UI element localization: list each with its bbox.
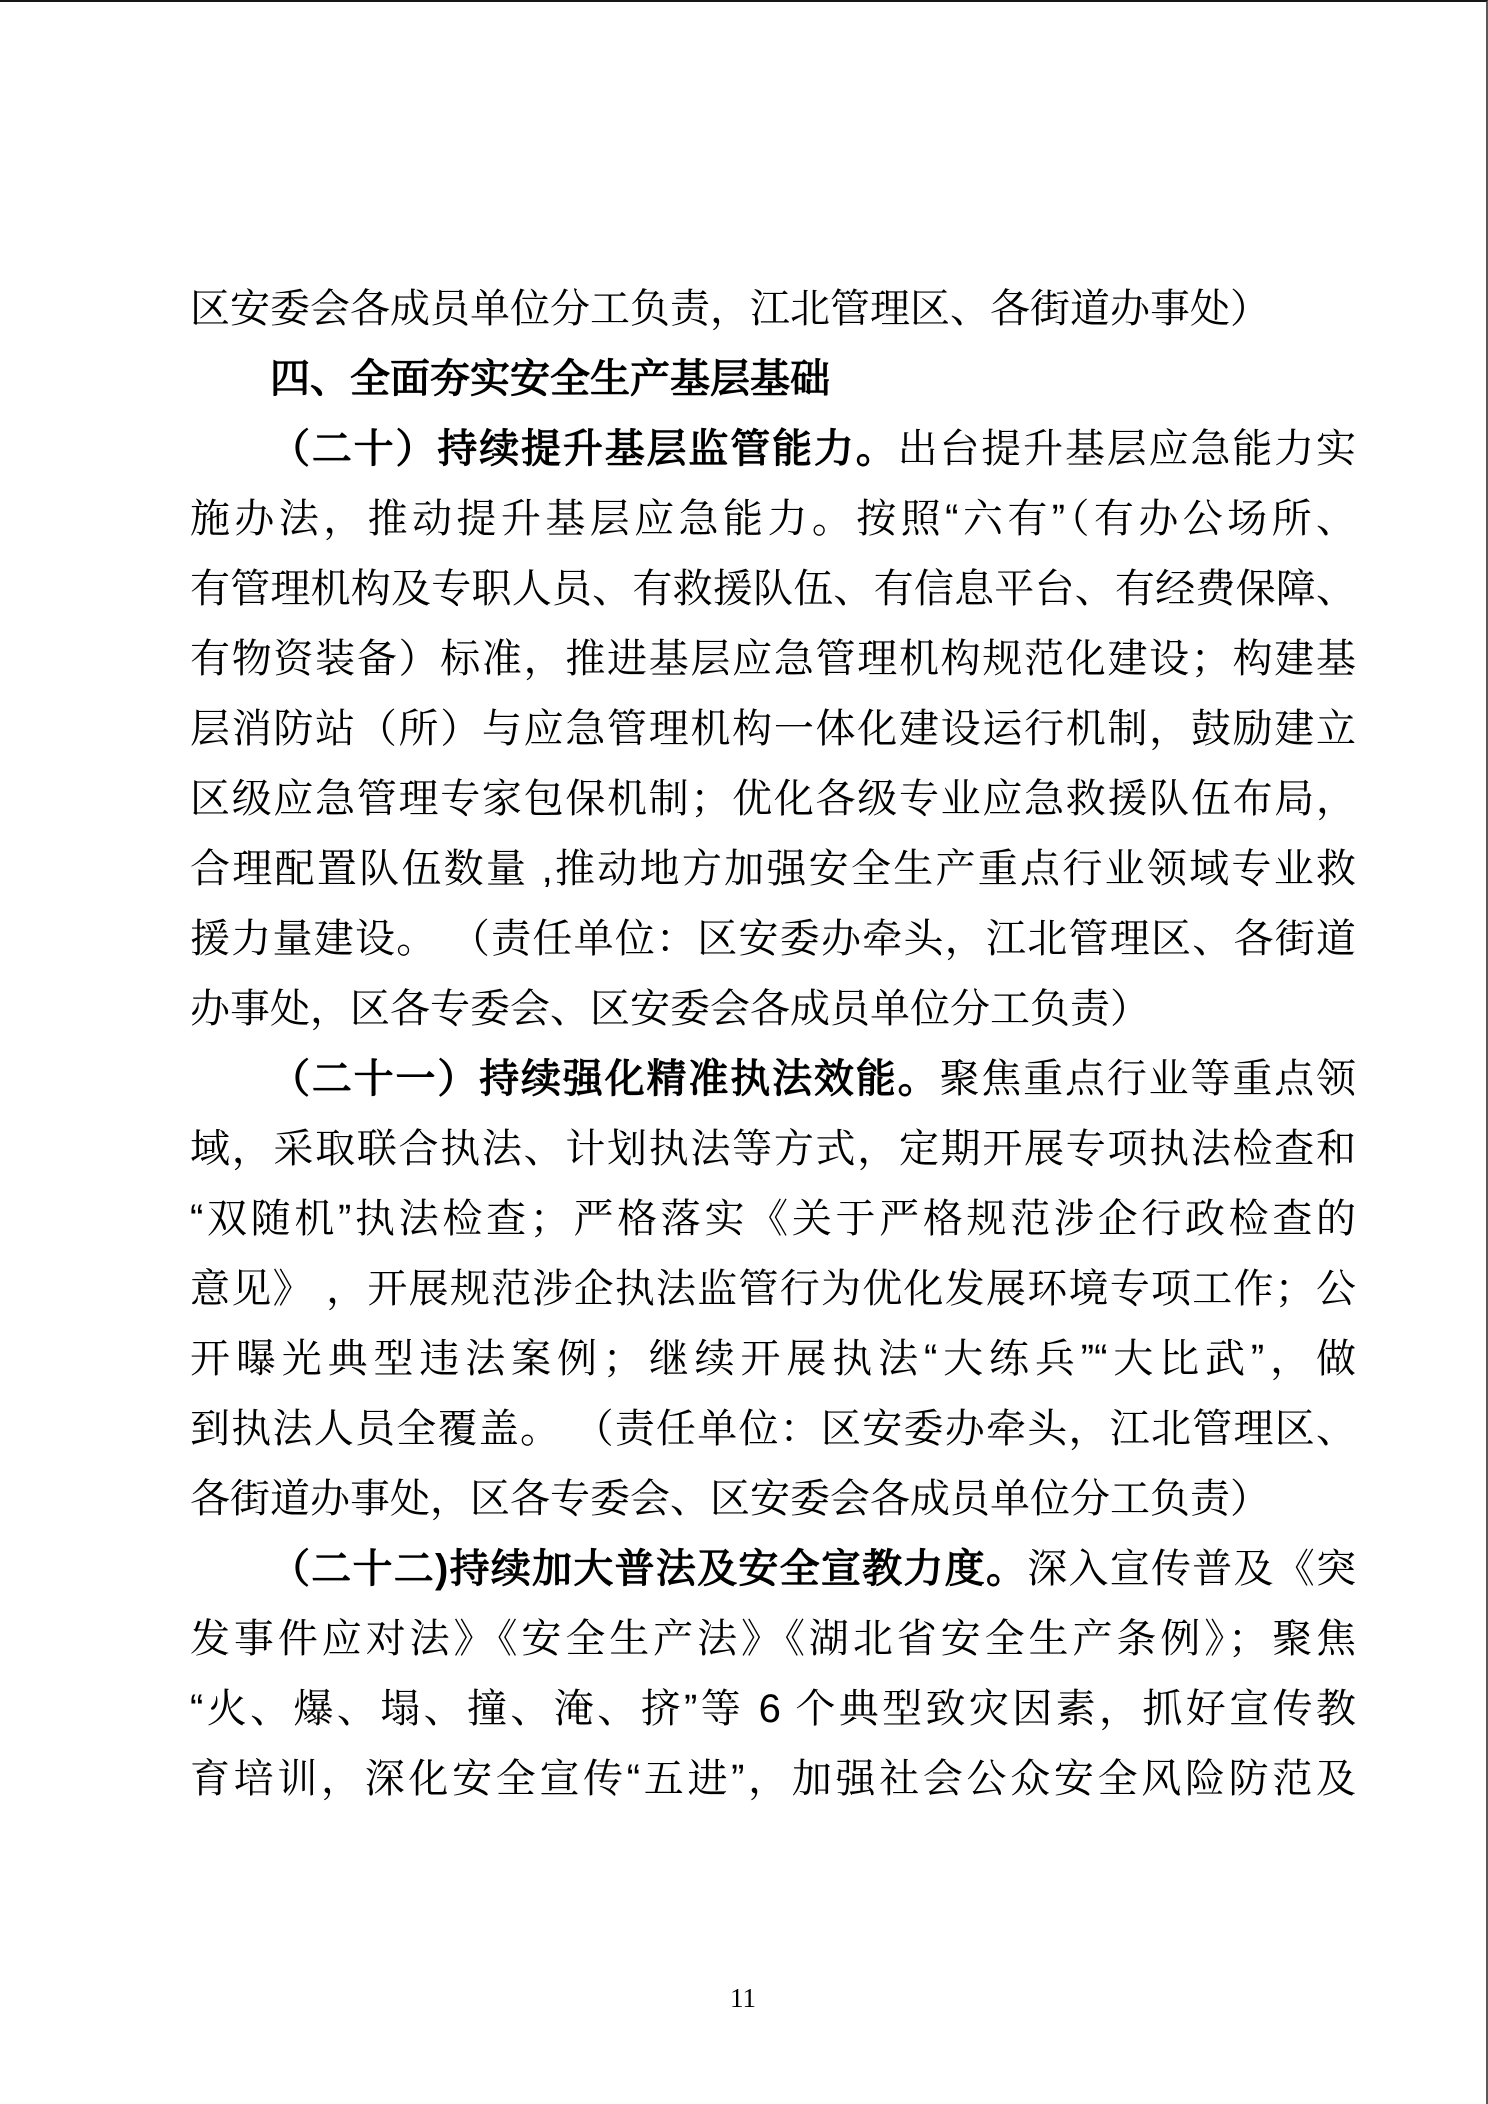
text-line: 开曝光典型违法案例；继续开展执法“大练兵”“大比武”，做: [190, 1324, 1356, 1394]
text-segment-bold: 四、全面夯实安全生产基层基础: [270, 357, 830, 401]
text-line: 各街道办事处，区各专委会、区安委会各成员单位分工负责）: [190, 1464, 1356, 1534]
text-line: 发事件应对法》《安全生产法》《湖北省安全生产条例》；聚焦: [190, 1604, 1356, 1674]
text-segment: 施办法，推动提升基层应急能力。按照“六有”（有办公场所、: [190, 497, 1356, 541]
text-segment: 区安委会各成员单位分工负责，江北管理区、各街道办事处）: [190, 287, 1270, 331]
text-line: 办事处，区各专委会、区安委会各成员单位分工负责）: [190, 974, 1356, 1044]
text-segment: 合理配置队伍数量 ,推动地方加强安全生产重点行业领域专业救: [190, 847, 1356, 891]
text-line: （二十二)持续加大普法及安全宣教力度。深入宣传普及《突: [190, 1534, 1356, 1604]
text-segment: 出台提升基层应急能力实: [898, 427, 1356, 471]
text-segment: 援力量建设。 （责任单位：区安委办牵头，江北管理区、各街道: [190, 917, 1356, 961]
text-segment: 深入宣传普及《突: [1027, 1547, 1356, 1591]
text-segment-bold: （二十二)持续加大普法及安全宣教力度。: [270, 1547, 1027, 1591]
text-line: 合理配置队伍数量 ,推动地方加强安全生产重点行业领域专业救: [190, 834, 1356, 904]
text-line: 区安委会各成员单位分工负责，江北管理区、各街道办事处）: [190, 274, 1356, 344]
document-body: 区安委会各成员单位分工负责，江北管理区、各街道办事处）四、全面夯实安全生产基层基…: [190, 274, 1356, 1814]
text-segment: 域，采取联合执法、计划执法等方式，定期开展专项执法检查和: [190, 1127, 1356, 1171]
text-segment-bold: （二十一）持续强化精准执法效能。: [270, 1057, 939, 1101]
text-segment: 区级应急管理专家包保机制；优化各级专业应急救援队伍布局，: [190, 777, 1356, 821]
text-line: “火、爆、塌、撞、淹、挤”等 6 个典型致灾因素，抓好宣传教: [190, 1674, 1356, 1744]
text-segment: 层消防站（所）与应急管理机构一体化建设运行机制，鼓励建立: [190, 707, 1356, 751]
text-line: 区级应急管理专家包保机制；优化各级专业应急救援队伍布局，: [190, 764, 1356, 834]
text-line: 有管理机构及专职人员、有救援队伍、有信息平台、有经费保障、: [190, 554, 1356, 624]
text-segment: 发事件应对法》《安全生产法》《湖北省安全生产条例》；聚焦: [190, 1617, 1356, 1661]
text-line: 四、全面夯实安全生产基层基础: [190, 344, 1356, 414]
text-segment: 到执法人员全覆盖。 （责任单位：区安委办牵头，江北管理区、: [190, 1407, 1356, 1451]
text-line: 到执法人员全覆盖。 （责任单位：区安委办牵头，江北管理区、: [190, 1394, 1356, 1464]
text-segment: 开曝光典型违法案例；继续开展执法“大练兵”“大比武”，做: [190, 1337, 1356, 1381]
text-segment: 各街道办事处，区各专委会、区安委会各成员单位分工负责）: [190, 1477, 1270, 1521]
document-page: 区安委会各成员单位分工负责，江北管理区、各街道办事处）四、全面夯实安全生产基层基…: [0, 0, 1488, 2104]
page-number: 11: [0, 1982, 1486, 2014]
text-line: 援力量建设。 （责任单位：区安委办牵头，江北管理区、各街道: [190, 904, 1356, 974]
text-line: 意见》 ，开展规范涉企执法监管行为优化发展环境专项工作；公: [190, 1254, 1356, 1324]
text-line: 施办法，推动提升基层应急能力。按照“六有”（有办公场所、: [190, 484, 1356, 554]
text-segment: 育培训，深化安全宣传“五进”，加强社会公众安全风险防范及: [190, 1757, 1356, 1801]
text-line: “双随机”执法检查；严格落实《关于严格规范涉企行政检查的: [190, 1184, 1356, 1254]
text-segment: 聚焦重点行业等重点领: [939, 1057, 1356, 1101]
text-segment: “双随机”执法检查；严格落实《关于严格规范涉企行政检查的: [190, 1197, 1356, 1241]
text-line: 层消防站（所）与应急管理机构一体化建设运行机制，鼓励建立: [190, 694, 1356, 764]
text-segment: 办事处，区各专委会、区安委会各成员单位分工负责）: [190, 987, 1150, 1031]
text-segment-bold: （二十）持续提升基层监管能力。: [270, 427, 898, 471]
text-segment: 意见》 ，开展规范涉企执法监管行为优化发展环境专项工作；公: [190, 1267, 1356, 1311]
text-line: 育培训，深化安全宣传“五进”，加强社会公众安全风险防范及: [190, 1744, 1356, 1814]
text-line: 有物资装备）标准，推进基层应急管理机构规范化建设；构建基: [190, 624, 1356, 694]
text-segment: 有管理机构及专职人员、有救援队伍、有信息平台、有经费保障、: [190, 567, 1356, 611]
text-line: （二十一）持续强化精准执法效能。聚焦重点行业等重点领: [190, 1044, 1356, 1114]
text-line: 域，采取联合执法、计划执法等方式，定期开展专项执法检查和: [190, 1114, 1356, 1184]
text-line: （二十）持续提升基层监管能力。出台提升基层应急能力实: [190, 414, 1356, 484]
text-segment: “火、爆、塌、撞、淹、挤”等 6 个典型致灾因素，抓好宣传教: [190, 1687, 1356, 1731]
text-segment: 有物资装备）标准，推进基层应急管理机构规范化建设；构建基: [190, 637, 1356, 681]
